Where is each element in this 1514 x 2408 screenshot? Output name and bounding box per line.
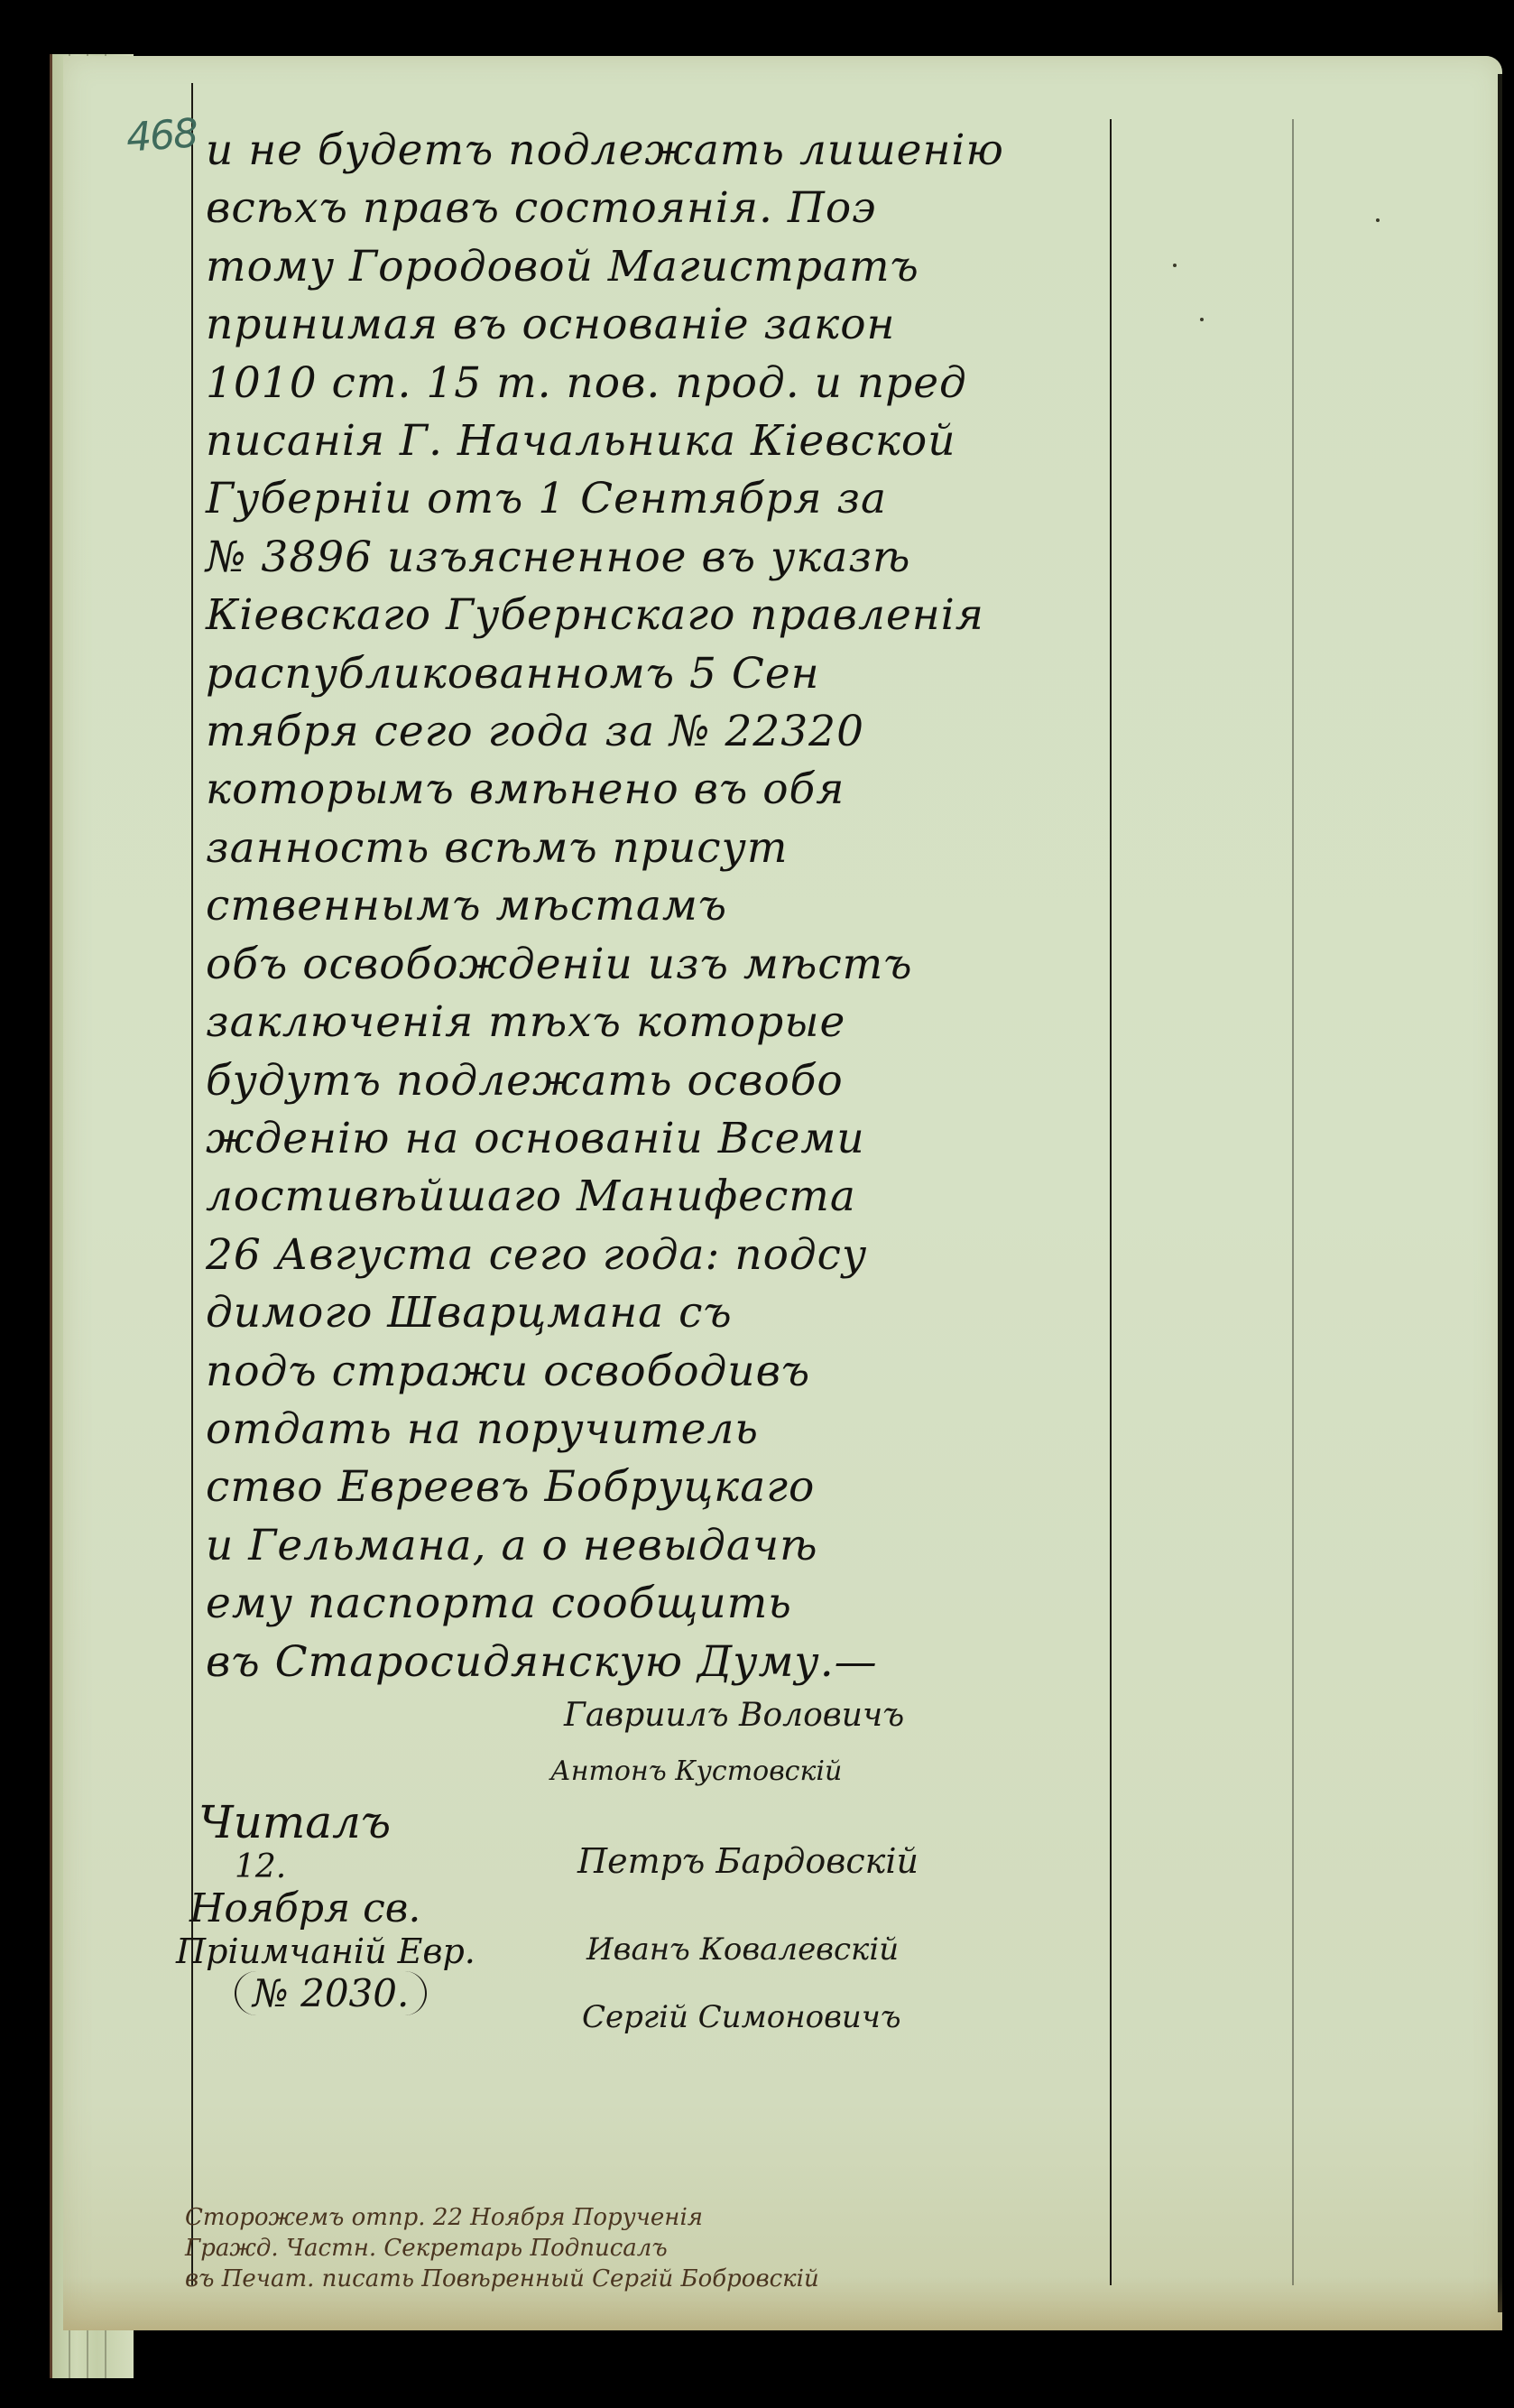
main-handwritten-text: и не будетъ подлежать лишенію всѣхъ прав… — [206, 122, 1198, 1691]
signature-simonovich: Сергій Симоновичъ — [582, 1999, 901, 2035]
text-line: тября сего года за № 22320 — [206, 703, 1198, 761]
text-line: всѣхъ правъ состоянія. Поэ — [206, 180, 1198, 237]
margin-note-day: 12. — [235, 1848, 559, 1885]
text-line: подъ стражи освободивъ — [206, 1343, 1198, 1401]
margin-note-number: № 2030. — [235, 1971, 427, 2015]
margin-note-month: Ноября св. — [189, 1885, 559, 1931]
paper-speck — [1200, 318, 1204, 321]
text-line: Кіевскаго Губернскаго правленія — [206, 587, 1198, 644]
text-line: 1010 ст. 15 т. пов. прод. и пред — [206, 355, 1198, 412]
bottom-annotation-line: Гражд. Частн. Секретарь Подписалъ — [185, 2233, 1069, 2264]
text-line: димого Шварцмана съ — [206, 1284, 1198, 1342]
signature-volovich: Гавриилъ Воловичъ — [564, 1697, 904, 1734]
text-line: которымъ вмѣнено въ обя — [206, 761, 1198, 819]
text-line: жденію на основаніи Всеми — [206, 1110, 1198, 1168]
folio-number: 468 — [125, 110, 198, 161]
text-line: лостивѣйшаго Манифеста — [206, 1168, 1198, 1226]
page-right-edge — [1498, 74, 1502, 2312]
paper-speck — [1376, 218, 1380, 222]
text-line: принимая въ основаніе закон — [206, 296, 1198, 354]
text-line: заключенія тѣхъ которые — [206, 994, 1198, 1051]
text-line: тому Городовой Магистратъ — [206, 238, 1198, 296]
text-line: будутъ подлежать освобо — [206, 1052, 1198, 1110]
text-line: распубликованномъ 5 Сен — [206, 645, 1198, 703]
text-line: и не будетъ подлежать лишенію — [206, 122, 1198, 180]
text-line: ему паспорта сообщить — [206, 1575, 1198, 1633]
text-line: въ Старосидянскую Думу.— — [206, 1634, 1198, 1691]
text-line: ственнымъ мѣстамъ — [206, 877, 1198, 935]
text-line: занность всѣмъ присут — [206, 820, 1198, 877]
text-line: № 3896 изъясненное въ указѣ — [206, 529, 1198, 587]
margin-note-execution: Пріимчаній Евр. — [176, 1931, 559, 1971]
text-line: писанія Г. Начальника Кіевской — [206, 412, 1198, 470]
margin-note-read-label: Читалъ — [198, 1796, 559, 1848]
text-line: 26 Августа сего года: подсу — [206, 1227, 1198, 1284]
margin-note-read: Читалъ 12. Ноября св. Пріимчаній Евр. № … — [180, 1796, 559, 2015]
bottom-annotation: Сторожемъ отпр. 22 Ноября Порученія Граж… — [185, 2202, 1069, 2294]
bottom-annotation-line: Сторожемъ отпр. 22 Ноября Порученія — [185, 2202, 1069, 2233]
text-line: и Гельмана, а о невыдачѣ — [206, 1517, 1198, 1575]
right-column-rule — [1292, 119, 1294, 2285]
text-line: отдать на поручитель — [206, 1401, 1198, 1459]
text-line: ство Евреевъ Бобруцкаго — [206, 1459, 1198, 1516]
bottom-annotation-line: въ Печат. писать Повѣренный Сергій Бобро… — [185, 2264, 1069, 2294]
text-line: объ освобожденіи изъ мѣстъ — [206, 936, 1198, 994]
signature-kustovsky: Антонъ Кустовскій — [550, 1755, 842, 1787]
text-line: Губерніи отъ 1 Сентября за — [206, 470, 1198, 528]
signature-bardovsky: Петръ Бардовскій — [577, 1841, 919, 1881]
signature-kovalevsky: Иванъ Ковалевскій — [586, 1931, 899, 1968]
